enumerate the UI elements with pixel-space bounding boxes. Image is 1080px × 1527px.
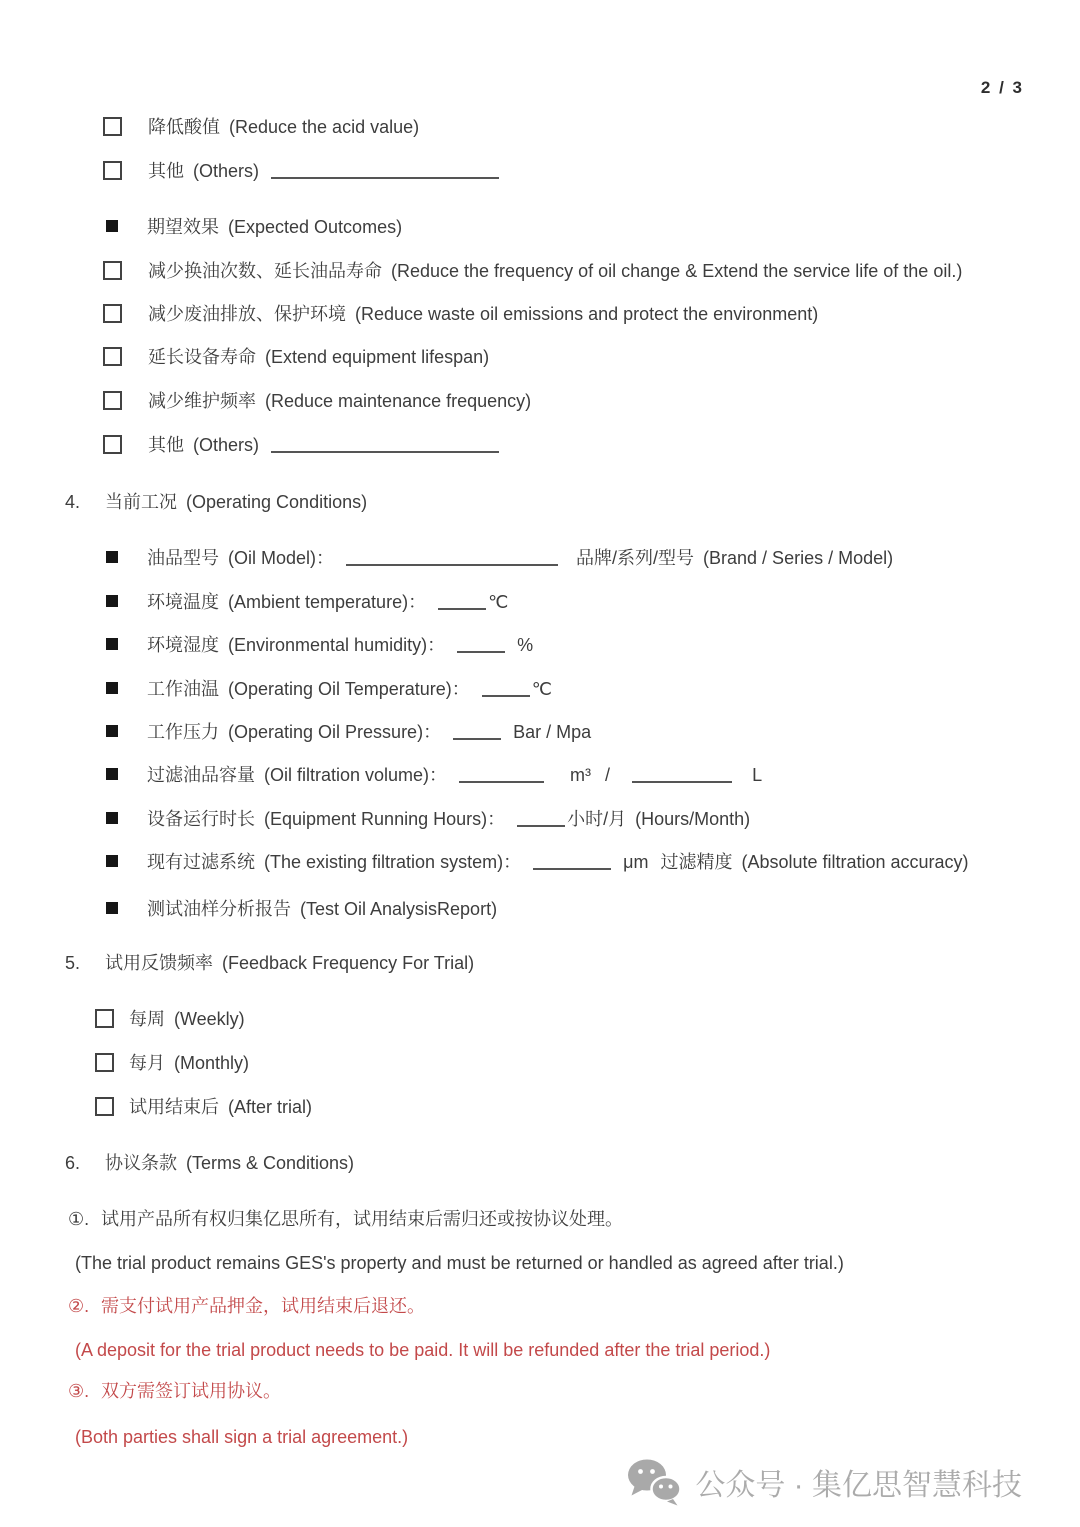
checkbox-icon bbox=[95, 1053, 114, 1072]
checkbox-icon bbox=[103, 117, 122, 136]
field-label-en: (The existing filtration system)： bbox=[264, 852, 521, 872]
option-label-zh: 每周 bbox=[129, 1009, 165, 1029]
term-text-zh: 双方需签订试用协议。 bbox=[101, 1381, 281, 1401]
blank-line bbox=[533, 852, 611, 870]
checkbox-icon bbox=[103, 435, 122, 454]
checkbox-icon bbox=[103, 161, 122, 180]
blank-line bbox=[438, 592, 486, 610]
checkbox-row-equipment-lifespan: 延长设备寿命(Extend equipment lifespan) bbox=[103, 345, 489, 369]
field-label-en: (Operating Oil Pressure)： bbox=[228, 722, 441, 742]
term-2-en: (A deposit for the trial product needs t… bbox=[75, 1338, 770, 1362]
section-number: 6. bbox=[65, 1151, 105, 1175]
checkbox-row-waste-oil: 减少废油排放、保护环境(Reduce waste oil emissions a… bbox=[103, 302, 818, 326]
field-row-operating-oil-temperature: 工作油温(Operating Oil Temperature)：℃ bbox=[106, 677, 552, 701]
field-slash: / bbox=[605, 765, 610, 785]
field-unit: 小时/月 bbox=[567, 809, 626, 829]
option-label-zh: 减少废油排放、保护环境 bbox=[148, 304, 346, 324]
option-label-en: (Others) bbox=[193, 161, 259, 181]
option-label-en: (Reduce the frequency of oil change & Ex… bbox=[391, 261, 962, 281]
field-label-zh: 环境温度 bbox=[147, 592, 219, 612]
page-number: 2 / 3 bbox=[981, 78, 1024, 98]
term-text-zh: 试用产品所有权归集亿思所有，试用结束后需归还或按协议处理。 bbox=[101, 1209, 623, 1229]
filled-square-bullet bbox=[106, 220, 118, 232]
checkbox-row-others-2: 其他(Others) bbox=[103, 433, 499, 457]
field-row-oil-model: 油品型号(Oil Model)：品牌/系列/型号(Brand / Series … bbox=[106, 546, 893, 570]
field-suffix-en: (Absolute filtration accuracy) bbox=[741, 852, 968, 872]
blank-line bbox=[482, 679, 530, 697]
blank-line bbox=[459, 765, 544, 783]
field-suffix-zh: 过滤精度 bbox=[660, 852, 732, 872]
field-unit: Bar / Mpa bbox=[513, 722, 591, 742]
filled-square-bullet bbox=[106, 812, 118, 824]
field-label-en: (Oil filtration volume)： bbox=[264, 765, 447, 785]
field-row-test-oil-analysis-report: 测试油样分析报告(Test Oil AnalysisReport) bbox=[106, 897, 497, 921]
option-label-zh: 延长设备寿命 bbox=[148, 347, 256, 367]
field-label-en: (Operating Oil Temperature)： bbox=[228, 679, 470, 699]
field-row-oil-filtration-volume: 过滤油品容量(Oil filtration volume)：m³/L bbox=[106, 763, 762, 787]
wechat-watermark: 公众号 · 集亿思智慧科技 bbox=[626, 1458, 1022, 1506]
option-label-en: (Reduce the acid value) bbox=[229, 117, 419, 137]
term-3-zh: ③.双方需签订试用协议。 bbox=[68, 1379, 281, 1403]
option-label-en: (After trial) bbox=[228, 1097, 312, 1117]
field-label-zh: 现有过滤系统 bbox=[147, 852, 255, 872]
header-label-en: (Expected Outcomes) bbox=[228, 217, 402, 237]
field-label-zh: 油品型号 bbox=[147, 548, 219, 568]
option-label-zh: 减少换油次数、延长油品寿命 bbox=[148, 261, 382, 281]
term-number: ③. bbox=[68, 1379, 92, 1403]
blank-line bbox=[271, 435, 499, 453]
field-label-en: (Test Oil AnalysisReport) bbox=[300, 899, 497, 919]
filled-square-bullet bbox=[106, 638, 118, 650]
section-title-zh: 当前工况 bbox=[105, 492, 177, 512]
blank-line bbox=[517, 809, 565, 827]
option-label-en: (Others) bbox=[193, 435, 259, 455]
option-label-en: (Reduce waste oil emissions and protect … bbox=[355, 304, 818, 324]
checkbox-icon bbox=[103, 261, 122, 280]
wechat-icon bbox=[626, 1458, 682, 1506]
checkbox-icon bbox=[103, 347, 122, 366]
field-label-en: (Environmental humidity)： bbox=[228, 635, 445, 655]
field-label-zh: 过滤油品容量 bbox=[147, 765, 255, 785]
option-label-en: (Reduce maintenance frequency) bbox=[265, 391, 531, 411]
watermark-label: 公众号 · 集亿思智慧科技 bbox=[695, 1460, 1022, 1504]
checkbox-icon bbox=[95, 1009, 114, 1028]
field-label-zh: 环境湿度 bbox=[147, 635, 219, 655]
field-label-en: (Oil Model)： bbox=[228, 548, 334, 568]
section-title-en: (Terms & Conditions) bbox=[186, 1153, 354, 1173]
field-label-zh: 工作油温 bbox=[147, 679, 219, 699]
section-number: 4. bbox=[65, 490, 105, 514]
option-label-en: (Weekly) bbox=[174, 1009, 245, 1029]
section-number: 5. bbox=[65, 951, 105, 975]
checkbox-row-others-1: 其他(Others) bbox=[103, 159, 499, 183]
field-label-en: (Ambient temperature)： bbox=[228, 592, 426, 612]
filled-square-bullet bbox=[106, 725, 118, 737]
expected-outcomes-header: 期望效果(Expected Outcomes) bbox=[106, 215, 402, 239]
checkbox-row-after-trial: 试用结束后(After trial) bbox=[95, 1095, 312, 1119]
section-header-feedback-frequency: 5.试用反馈频率(Feedback Frequency For Trial) bbox=[65, 951, 474, 975]
option-label-zh: 降低酸值 bbox=[148, 117, 220, 137]
header-label-zh: 期望效果 bbox=[147, 217, 219, 237]
checkbox-row-monthly: 每月(Monthly) bbox=[95, 1051, 249, 1075]
option-label-zh: 其他 bbox=[148, 435, 184, 455]
blank-line bbox=[346, 548, 558, 566]
field-unit: μm bbox=[623, 852, 648, 872]
field-suffix-en: (Brand / Series / Model) bbox=[703, 548, 893, 568]
field-label-en: (Equipment Running Hours)： bbox=[264, 809, 505, 829]
field-unit: ℃ bbox=[532, 679, 552, 699]
option-label-en: (Monthly) bbox=[174, 1053, 249, 1073]
field-row-equipment-running-hours: 设备运行时长(Equipment Running Hours)：小时/月(Hou… bbox=[106, 807, 750, 831]
field-row-ambient-temperature: 环境温度(Ambient temperature)：℃ bbox=[106, 590, 508, 614]
filled-square-bullet bbox=[106, 551, 118, 563]
field-unit-m3: m³ bbox=[570, 765, 591, 785]
field-row-existing-filtration-system: 现有过滤系统(The existing filtration system)：μ… bbox=[106, 850, 969, 874]
field-unit: % bbox=[517, 635, 533, 655]
section-title-zh: 协议条款 bbox=[105, 1153, 177, 1173]
field-unit-l: L bbox=[752, 765, 762, 785]
checkbox-row-oil-change: 减少换油次数、延长油品寿命(Reduce the frequency of oi… bbox=[103, 259, 962, 283]
checkbox-icon bbox=[103, 391, 122, 410]
blank-line bbox=[632, 765, 732, 783]
checkbox-row-weekly: 每周(Weekly) bbox=[95, 1007, 245, 1031]
checkbox-icon bbox=[95, 1097, 114, 1116]
blank-line bbox=[271, 161, 499, 179]
term-text-zh: 需支付试用产品押金，试用结束后退还。 bbox=[101, 1296, 425, 1316]
field-suffix-zh: 品牌/系列/型号 bbox=[576, 548, 694, 568]
option-label-zh: 其他 bbox=[148, 161, 184, 181]
filled-square-bullet bbox=[106, 768, 118, 780]
checkbox-row-reduce-acid: 降低酸值(Reduce the acid value) bbox=[103, 115, 419, 139]
document-page: 2 / 3 降低酸值(Reduce the acid value) 其他(Oth… bbox=[0, 0, 1080, 1527]
blank-line bbox=[453, 722, 501, 740]
term-text-en: (The trial product remains GES's propert… bbox=[75, 1253, 844, 1273]
field-suffix-en: (Hours/Month) bbox=[635, 809, 750, 829]
term-2-zh: ②.需支付试用产品押金，试用结束后退还。 bbox=[68, 1294, 425, 1318]
section-header-terms-conditions: 6.协议条款(Terms & Conditions) bbox=[65, 1151, 354, 1175]
filled-square-bullet bbox=[106, 595, 118, 607]
option-label-en: (Extend equipment lifespan) bbox=[265, 347, 489, 367]
field-label-zh: 设备运行时长 bbox=[147, 809, 255, 829]
term-1-en: (The trial product remains GES's propert… bbox=[75, 1251, 844, 1275]
checkbox-row-maintenance-frequency: 减少维护频率(Reduce maintenance frequency) bbox=[103, 389, 531, 413]
option-label-zh: 试用结束后 bbox=[129, 1097, 219, 1117]
filled-square-bullet bbox=[106, 855, 118, 867]
term-3-en: (Both parties shall sign a trial agreeme… bbox=[75, 1425, 408, 1449]
section-title-en: (Operating Conditions) bbox=[186, 492, 367, 512]
field-label-zh: 测试油样分析报告 bbox=[147, 899, 291, 919]
filled-square-bullet bbox=[106, 682, 118, 694]
option-label-zh: 减少维护频率 bbox=[148, 391, 256, 411]
checkbox-icon bbox=[103, 304, 122, 323]
filled-square-bullet bbox=[106, 902, 118, 914]
section-title-zh: 试用反馈频率 bbox=[105, 953, 213, 973]
term-text-en: (Both parties shall sign a trial agreeme… bbox=[75, 1427, 408, 1447]
field-row-environmental-humidity: 环境湿度(Environmental humidity)：% bbox=[106, 633, 533, 657]
option-label-zh: 每月 bbox=[129, 1053, 165, 1073]
section-header-operating-conditions: 4.当前工况(Operating Conditions) bbox=[65, 490, 367, 514]
term-number: ②. bbox=[68, 1294, 92, 1318]
section-title-en: (Feedback Frequency For Trial) bbox=[222, 953, 474, 973]
blank-line bbox=[457, 635, 505, 653]
term-number: ①. bbox=[68, 1207, 92, 1231]
term-1-zh: ①.试用产品所有权归集亿思所有，试用结束后需归还或按协议处理。 bbox=[68, 1207, 623, 1231]
field-label-zh: 工作压力 bbox=[147, 722, 219, 742]
field-unit: ℃ bbox=[488, 592, 508, 612]
field-row-operating-oil-pressure: 工作压力(Operating Oil Pressure)：Bar / Mpa bbox=[106, 720, 591, 744]
term-text-en: (A deposit for the trial product needs t… bbox=[75, 1340, 770, 1360]
